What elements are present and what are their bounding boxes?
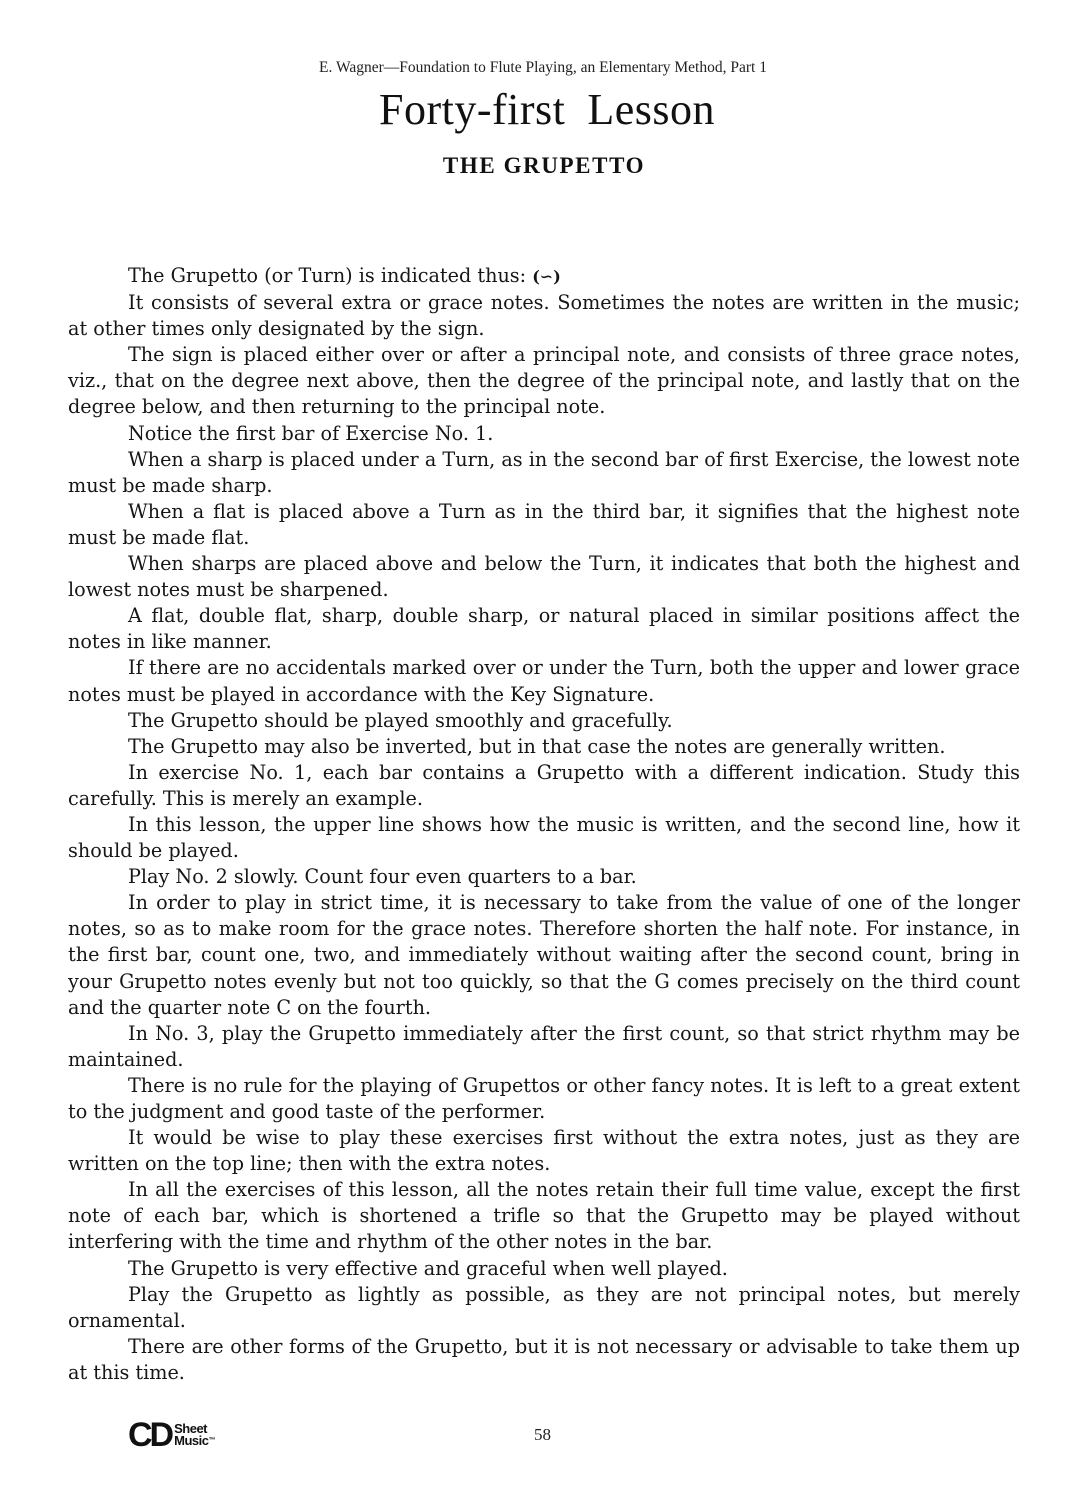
logo-text: Sheet Music™	[174, 1423, 215, 1447]
lesson-title-word: Lesson	[587, 85, 715, 134]
logo-music-word: Music	[174, 1433, 208, 1448]
paragraph: Notice the first bar of Exercise No. 1.	[68, 421, 1020, 447]
logo-mark: CD	[128, 1418, 171, 1452]
paragraph-turn-indication: The Grupetto (or Turn) is indicated thus…	[68, 263, 1020, 290]
paragraph: It consists of several extra or grace no…	[68, 290, 1020, 342]
paragraph: There is no rule for the playing of Grup…	[68, 1073, 1020, 1125]
paragraph: In all the exercises of this lesson, all…	[68, 1177, 1020, 1255]
lesson-title: Forty-firstLesson	[0, 84, 1086, 135]
trademark-icon: ™	[208, 1437, 215, 1444]
paragraph-text: The Grupetto (or Turn) is indicated thus…	[128, 264, 526, 287]
paragraph: In order to play in strict time, it is n…	[68, 890, 1020, 1020]
paragraph: Play the Grupetto as lightly as possible…	[68, 1282, 1020, 1334]
paragraph: Play No. 2 slowly. Count four even quart…	[68, 864, 1020, 890]
paragraph: When sharps are placed above and below t…	[68, 551, 1020, 603]
paragraph: There are other forms of the Grupetto, b…	[68, 1334, 1020, 1386]
paragraph: A flat, double flat, sharp, double sharp…	[68, 603, 1020, 655]
turn-symbol-icon: (∽)	[532, 267, 561, 286]
paragraph: The Grupetto may also be inverted, but i…	[68, 734, 1020, 760]
paragraph: In No. 3, play the Grupetto immediately …	[68, 1021, 1020, 1073]
paragraph: The sign is placed either over or after …	[68, 342, 1020, 420]
paragraph: In exercise No. 1, each bar contains a G…	[68, 760, 1020, 812]
lesson-body: The Grupetto (or Turn) is indicated thus…	[68, 263, 1020, 1386]
page-number: 58	[534, 1425, 551, 1445]
paragraph: In this lesson, the upper line shows how…	[68, 812, 1020, 864]
paragraph: It would be wise to play these exercises…	[68, 1125, 1020, 1177]
paragraph: The Grupetto is very effective and grace…	[68, 1256, 1020, 1282]
paragraph: When a sharp is placed under a Turn, as …	[68, 447, 1020, 499]
lesson-title-number: Forty-first	[379, 85, 565, 134]
lesson-subtitle: THE GRUPETTO	[0, 153, 1086, 179]
paragraph: When a flat is placed above a Turn as in…	[68, 499, 1020, 551]
logo-line-music: Music™	[174, 1435, 215, 1447]
cd-sheet-music-logo: CD Sheet Music™	[128, 1419, 215, 1451]
paragraph: If there are no accidentals marked over …	[68, 655, 1020, 707]
running-header: E. Wagner—Foundation to Flute Playing, a…	[0, 59, 1086, 77]
paragraph: The Grupetto should be played smoothly a…	[68, 708, 1020, 734]
